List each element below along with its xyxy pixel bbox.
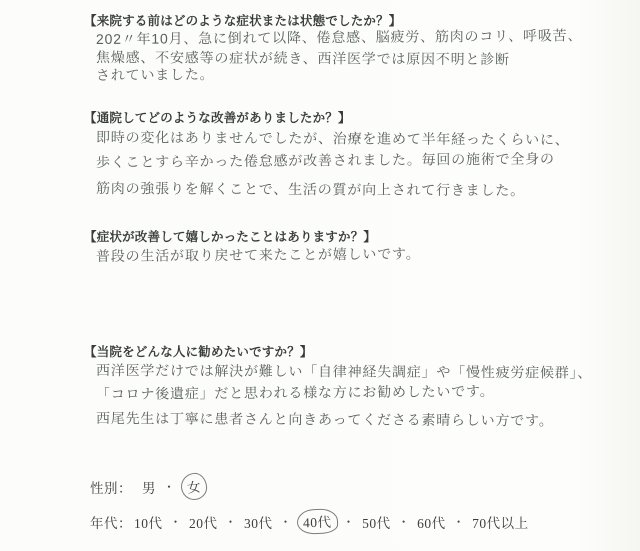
age-separator-dot: ・ [170, 513, 183, 530]
age-row: 年代： 10代 ・ 20代 ・ 30代 ・ 40代 ・ 50代 ・ 60代 ・ … [90, 509, 529, 534]
gender-option-female-selected-circle: 女 [179, 472, 208, 502]
age-option-60s: 60代 [417, 512, 446, 532]
age-option-50s: 50代 [362, 512, 391, 532]
gender-label: 性別： [90, 477, 132, 497]
age-option-10s: 10代 [134, 512, 163, 532]
q2-answer-line-1: 即時の変化はありませんでしたが、治療を進めて半年経ったくらいに、 [96, 127, 570, 149]
q3-answer-line-1: 普段の生活が取り戻せて来たことが嬉しいです。 [96, 243, 421, 266]
age-separator-dot: ・ [398, 513, 411, 530]
question-3-header: 【症状が改善して嬉しかったことはありますか？】 [84, 227, 376, 245]
question-4-header: 【当院をどんな人に勧めたいですか？】 [84, 342, 313, 360]
age-option-20s: 20代 [189, 512, 218, 532]
age-separator-dot: ・ [343, 513, 356, 530]
gender-row: 性別： 男 ・ 女 [90, 473, 207, 500]
age-option-30s: 30代 [244, 512, 273, 532]
question-2-header: 【通院してどのような改善がありましたか？】 [84, 108, 351, 126]
age-separator-dot: ・ [280, 513, 293, 530]
age-option-40s-selected-circle: 40代 [297, 508, 338, 534]
q2-answer-line-3: 筋肉の強張りを解くことで、生活の質が向上されて行きました。 [96, 178, 525, 200]
gender-separator-dot: ・ [163, 478, 176, 495]
q4-answer-line-3: 西尾先生は丁寧に患者さんと向きあってくださる素晴らしい方です。 [96, 408, 554, 430]
age-label: 年代： [90, 512, 132, 532]
q2-answer-line-2: 歩くことすら辛かった倦怠感が改善されました。毎回の施術で全身の [96, 148, 555, 172]
q1-answer-line-1: 202〃年10月、急に倒れて以降、倦怠感、脳疲労、筋肉のコリ、呼吸苦、 [96, 25, 582, 49]
age-option-70s-plus: 70代以上 [472, 512, 529, 532]
gender-option-male: 男 [142, 477, 156, 497]
questionnaire-sheet: 【来院する前はどのような症状または状態でしたか？】 202〃年10月、急に倒れて… [0, 0, 640, 551]
age-separator-dot: ・ [225, 513, 238, 530]
q4-answer-line-1: 西洋医学だけでは解決が難しい「自律神経失調症」や「慢性疲労症候群」、 [96, 360, 592, 383]
age-separator-dot: ・ [453, 513, 466, 530]
q1-answer-line-3: されていました。 [96, 64, 215, 85]
q4-answer-line-2: 「コロナ後遺症」だと思われる様な方にお勧めしたいです。 [96, 381, 495, 404]
